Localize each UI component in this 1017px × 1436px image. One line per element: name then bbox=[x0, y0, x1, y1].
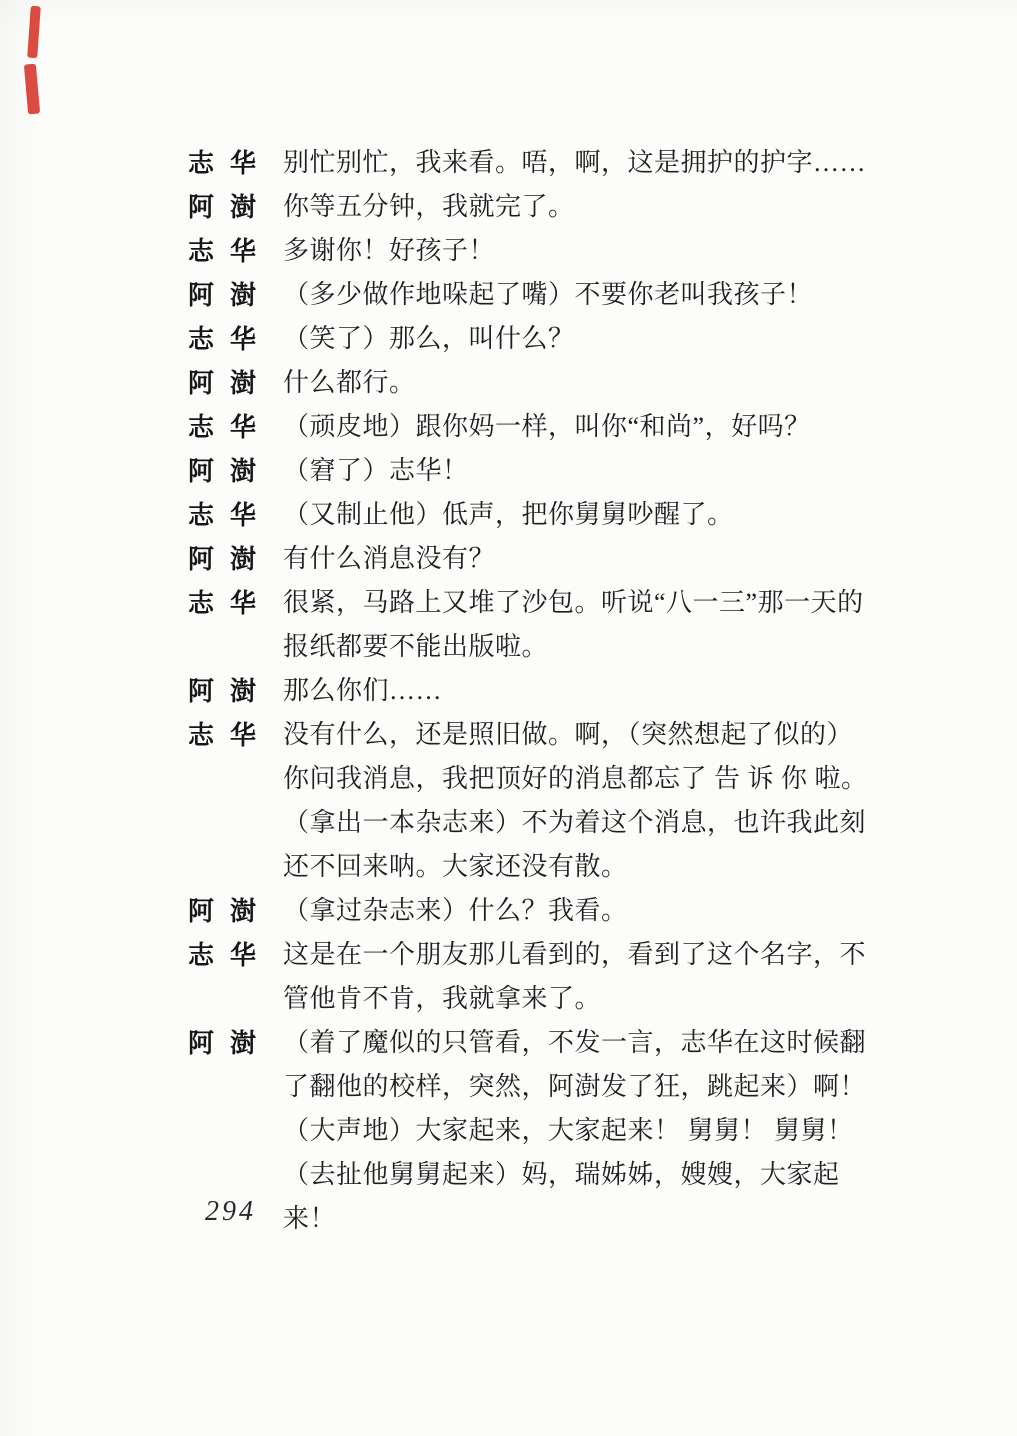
speaker-name: 阿澍 bbox=[188, 669, 272, 713]
dialogue-line: 别忙别忙，我来看。唔，啊，这是拥护的护字…… bbox=[283, 141, 866, 185]
dialogue-lines: 什么都行。 bbox=[283, 361, 416, 405]
dialogue-line: （又制止他）低声，把你舅舅吵醒了。 bbox=[283, 493, 734, 537]
scanned-book-page: 志华 别忙别忙，我来看。唔，啊，这是拥护的护字…… 阿澍 你等五分钟，我就完了。… bbox=[0, 0, 1017, 1436]
dialogue-line: 还不回来呐。大家还没有散。 bbox=[283, 845, 868, 889]
dialogue-lines: 没有什么，还是照旧做。啊，（突然想起了似的）你问我消息，我把顶好的消息都忘了 告… bbox=[283, 713, 868, 889]
dialogue-row: 志华 这是在一个朋友那儿看到的，看到了这个名字，不管他肯不肯，我就拿来了。 bbox=[188, 933, 868, 1021]
dialogue-row: 志华 很紧，马路上又堆了沙包。听说“八一三”那一天的报纸都要不能出版啦。 bbox=[188, 581, 868, 669]
dialogue-lines: 有什么消息没有？ bbox=[283, 537, 495, 581]
dialogue-row: 志华 没有什么，还是照旧做。啊，（突然想起了似的）你问我消息，我把顶好的消息都忘… bbox=[188, 713, 868, 889]
dialogue-row: 志华 （又制止他）低声，把你舅舅吵醒了。 bbox=[188, 493, 868, 537]
dialogue-line: （拿出一本杂志来）不为着这个消息，也许我此刻 bbox=[283, 801, 868, 845]
dialogue-row: 志华 （顽皮地）跟你妈一样，叫你“和尚”，好吗？ bbox=[188, 405, 868, 449]
dialogue-lines: （顽皮地）跟你妈一样，叫你“和尚”，好吗？ bbox=[283, 405, 811, 449]
dialogue-row: 志华 别忙别忙，我来看。唔，啊，这是拥护的护字…… bbox=[188, 141, 868, 185]
dialogue-line: 什么都行。 bbox=[283, 361, 416, 405]
dialogue-line: 来！ bbox=[283, 1197, 866, 1241]
dialogue-lines: （着了魔似的只管看，不发一言，志华在这时候翻了翻他的校样，突然，阿澍发了狂，跳起… bbox=[283, 1021, 866, 1241]
dialogue-line: 管他肯不肯，我就拿来了。 bbox=[283, 977, 866, 1021]
speaker-name: 志华 bbox=[188, 713, 272, 757]
speaker-name: 阿澍 bbox=[188, 449, 272, 493]
dialogue-lines: （拿过杂志来）什么？我看。 bbox=[283, 889, 628, 933]
dialogue-row: 阿澍 什么都行。 bbox=[188, 361, 868, 405]
dialogue-row: 志华 多谢你！好孩子！ bbox=[188, 229, 868, 273]
dialogue-line: （大声地）大家起来，大家起来！ 舅舅！ 舅舅！ bbox=[283, 1109, 866, 1153]
dialogue-line: 报纸都要不能出版啦。 bbox=[283, 625, 864, 669]
speaker-name: 阿澍 bbox=[188, 273, 272, 317]
dialogue-line: 了翻他的校样，突然，阿澍发了狂，跳起来）啊！ bbox=[283, 1065, 866, 1109]
dialogue-line: （顽皮地）跟你妈一样，叫你“和尚”，好吗？ bbox=[283, 405, 811, 449]
dialogue-lines: 你等五分钟，我就完了。 bbox=[283, 185, 575, 229]
red-mark-icon bbox=[24, 64, 40, 115]
speaker-name: 志华 bbox=[188, 493, 272, 537]
dialogue-line: 那么你们…… bbox=[283, 669, 442, 713]
speaker-name: 阿澍 bbox=[188, 185, 272, 229]
dialogue-lines: 很紧，马路上又堆了沙包。听说“八一三”那一天的报纸都要不能出版啦。 bbox=[283, 581, 864, 669]
dialogue-lines: （窘了）志华！ bbox=[283, 449, 469, 493]
dialogue-line: （多少做作地哚起了嘴）不要你老叫我孩子！ bbox=[283, 273, 813, 317]
dialogue-line: 你问我消息，我把顶好的消息都忘了 告 诉 你 啦。 bbox=[283, 757, 868, 801]
page-number: 294 bbox=[205, 1196, 256, 1228]
dialogue-lines: 那么你们…… bbox=[283, 669, 442, 713]
dialogue-line: 没有什么，还是照旧做。啊，（突然想起了似的） bbox=[283, 713, 868, 757]
speaker-name: 志华 bbox=[188, 933, 272, 977]
dialogue-line: 很紧，马路上又堆了沙包。听说“八一三”那一天的 bbox=[283, 581, 864, 625]
dialogue-row: 阿澍 （着了魔似的只管看，不发一言，志华在这时候翻了翻他的校样，突然，阿澍发了狂… bbox=[188, 1021, 868, 1241]
dialogue-line: （去扯他舅舅起来）妈，瑞姊姊，嫂嫂，大家起 bbox=[283, 1153, 866, 1197]
speaker-name: 志华 bbox=[188, 581, 272, 625]
dialogue-row: 阿澍 那么你们…… bbox=[188, 669, 868, 713]
dialogue-lines: （多少做作地哚起了嘴）不要你老叫我孩子！ bbox=[283, 273, 813, 317]
speaker-name: 阿澍 bbox=[188, 537, 272, 581]
dialogue-row: 阿澍 有什么消息没有？ bbox=[188, 537, 868, 581]
dialogue-row: 阿澍 （窘了）志华！ bbox=[188, 449, 868, 493]
dialogue-lines: 这是在一个朋友那儿看到的，看到了这个名字，不管他肯不肯，我就拿来了。 bbox=[283, 933, 866, 1021]
speaker-name: 志华 bbox=[188, 405, 272, 449]
dialogue-line: 你等五分钟，我就完了。 bbox=[283, 185, 575, 229]
dialogue-list: 志华 别忙别忙，我来看。唔，啊，这是拥护的护字…… 阿澍 你等五分钟，我就完了。… bbox=[188, 141, 868, 1241]
dialogue-row: 阿澍 （多少做作地哚起了嘴）不要你老叫我孩子！ bbox=[188, 273, 868, 317]
speaker-name: 志华 bbox=[188, 317, 272, 361]
speaker-name: 阿澍 bbox=[188, 889, 272, 933]
dialogue-row: 阿澍 （拿过杂志来）什么？我看。 bbox=[188, 889, 868, 933]
dialogue-line: （笑了）那么，叫什么？ bbox=[283, 317, 575, 361]
dialogue-row: 阿澍 你等五分钟，我就完了。 bbox=[188, 185, 868, 229]
red-mark-icon bbox=[27, 6, 41, 59]
dialogue-line: 有什么消息没有？ bbox=[283, 537, 495, 581]
dialogue-line: （着了魔似的只管看，不发一言，志华在这时候翻 bbox=[283, 1021, 866, 1065]
dialogue-lines: （笑了）那么，叫什么？ bbox=[283, 317, 575, 361]
dialogue-lines: 别忙别忙，我来看。唔，啊，这是拥护的护字…… bbox=[283, 141, 866, 185]
dialogue-line: 多谢你！好孩子！ bbox=[283, 229, 495, 273]
dialogue-lines: （又制止他）低声，把你舅舅吵醒了。 bbox=[283, 493, 734, 537]
speaker-name: 志华 bbox=[188, 141, 272, 185]
speaker-name: 阿澍 bbox=[188, 1021, 272, 1065]
dialogue-line: （拿过杂志来）什么？我看。 bbox=[283, 889, 628, 933]
dialogue-line: （窘了）志华！ bbox=[283, 449, 469, 493]
dialogue-lines: 多谢你！好孩子！ bbox=[283, 229, 495, 273]
speaker-name: 志华 bbox=[188, 229, 272, 273]
dialogue-row: 志华 （笑了）那么，叫什么？ bbox=[188, 317, 868, 361]
speaker-name: 阿澍 bbox=[188, 361, 272, 405]
dialogue-line: 这是在一个朋友那儿看到的，看到了这个名字，不 bbox=[283, 933, 866, 977]
